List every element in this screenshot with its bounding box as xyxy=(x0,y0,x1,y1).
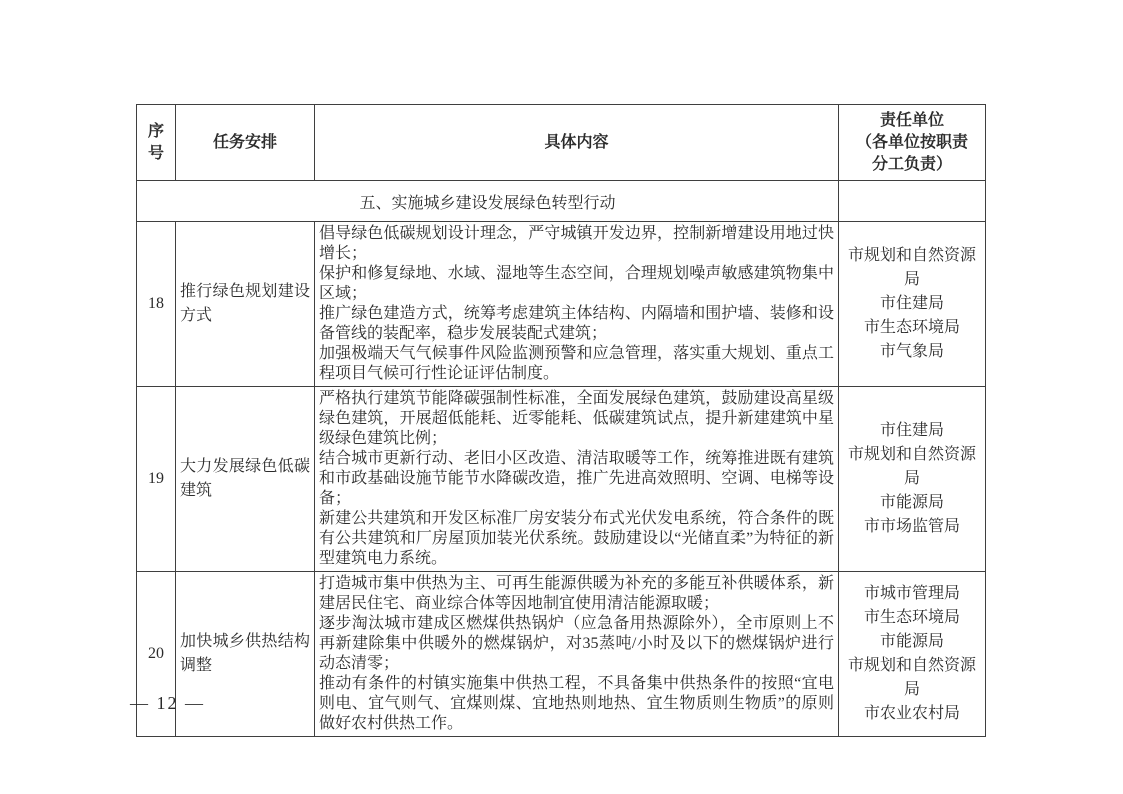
row-number: 19 xyxy=(137,387,176,572)
row-units: 市城市管理局 市生态环境局 市能源局 市规划和自然资源局 市农业农村局 xyxy=(839,572,986,737)
column-header-responsible-units: 责任单位 （各单位按职责 分工负责） xyxy=(839,105,986,181)
row-task: 大力发展绿色低碳建筑 xyxy=(176,387,315,572)
row-units: 市规划和自然资源局 市住建局 市生态环境局 市气象局 xyxy=(839,222,986,387)
table-row: 19 大力发展绿色低碳建筑 严格执行建筑节能降碳强制性标准，全面发展绿色建筑，鼓… xyxy=(137,387,986,572)
column-header-task: 任务安排 xyxy=(176,105,315,181)
column-header-serial-number: 序号 xyxy=(137,105,176,181)
table-row: 18 推行绿色规划建设方式 倡导绿色低碳规划设计理念，严守城镇开发边界，控制新增… xyxy=(137,222,986,387)
row-number: 18 xyxy=(137,222,176,387)
table-row: 20 加快城乡供热结构调整 打造城市集中供热为主、可再生能源供暖为补充的多能互补… xyxy=(137,572,986,737)
section-units-empty-cell xyxy=(839,181,986,222)
row-content: 打造城市集中供热为主、可再生能源供暖为补充的多能互补供暖体系，新建居民住宅、商业… xyxy=(315,572,839,737)
row-task: 推行绿色规划建设方式 xyxy=(176,222,315,387)
document-page: 序号 任务安排 具体内容 责任单位 （各单位按职责 分工负责） 五、实施城乡建设… xyxy=(0,0,1123,794)
page-number: — 12 — xyxy=(130,693,205,714)
column-header-details: 具体内容 xyxy=(315,105,839,181)
row-content: 倡导绿色低碳规划设计理念，严守城镇开发边界，控制新增建设用地过快增长； 保护和修… xyxy=(315,222,839,387)
table-header-row: 序号 任务安排 具体内容 责任单位 （各单位按职责 分工负责） xyxy=(137,105,986,181)
section-header-row: 五、实施城乡建设发展绿色转型行动 xyxy=(137,181,986,222)
row-content: 严格执行建筑节能降碳强制性标准，全面发展绿色建筑，鼓励建设高星级绿色建筑，开展超… xyxy=(315,387,839,572)
row-units: 市住建局 市规划和自然资源局 市能源局 市市场监管局 xyxy=(839,387,986,572)
task-table: 序号 任务安排 具体内容 责任单位 （各单位按职责 分工负责） 五、实施城乡建设… xyxy=(136,104,986,737)
section-title: 五、实施城乡建设发展绿色转型行动 xyxy=(137,181,839,222)
